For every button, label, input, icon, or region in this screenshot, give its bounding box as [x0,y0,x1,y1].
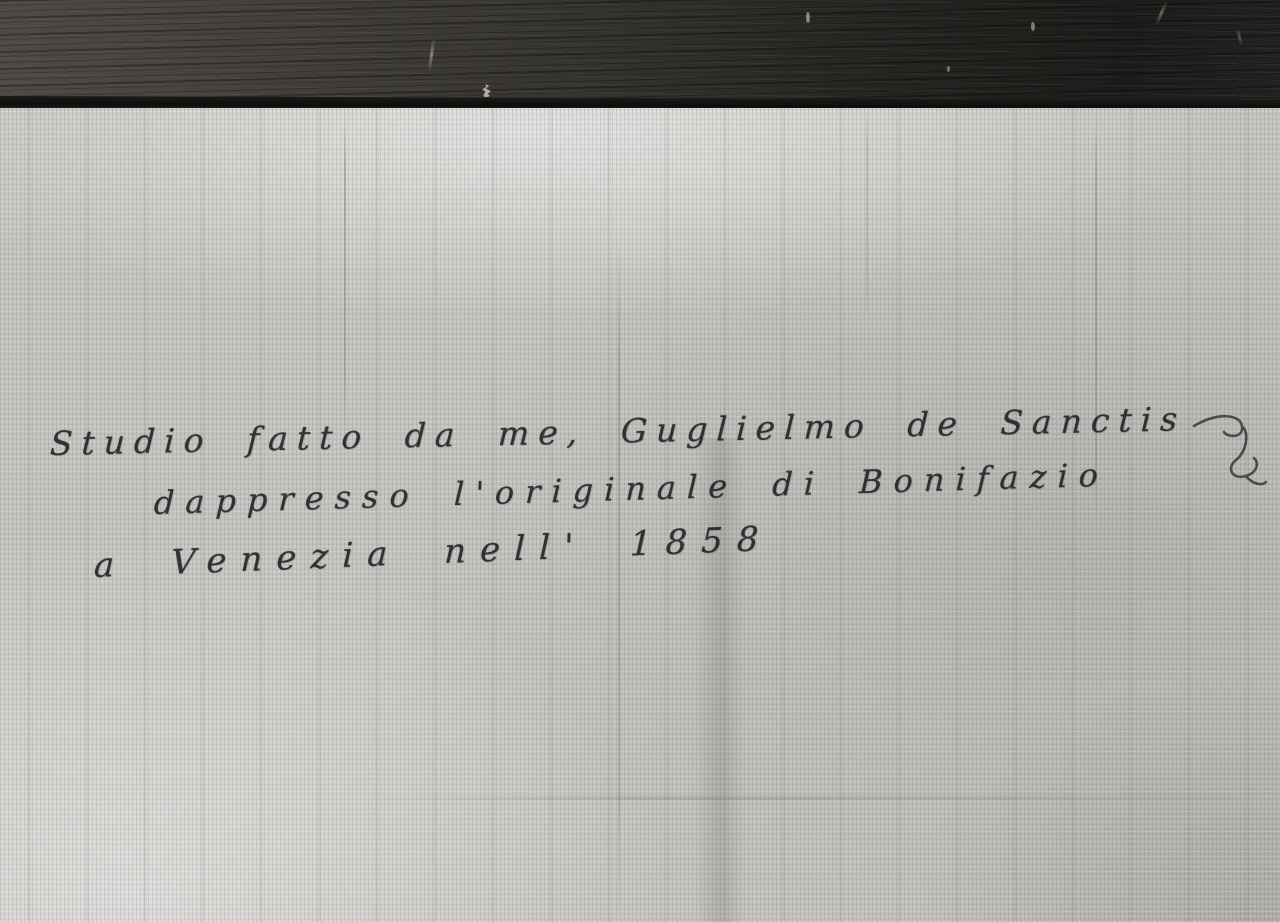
canvas-verso-photo: Studio fatto da me, Guglielmo de Sanctis… [0,0,1280,922]
wood-speck [947,66,950,72]
canvas-shadow-band [694,438,746,922]
canvas-crease [866,108,868,318]
wood-stretcher-bar [0,0,1280,100]
signature-flourish [1188,404,1268,496]
canvas-weft-shadow [360,796,1280,800]
wood-speck [1031,22,1035,31]
canvas-crease [618,238,620,922]
wood-speck [806,12,810,23]
canvas-crease [344,108,346,438]
